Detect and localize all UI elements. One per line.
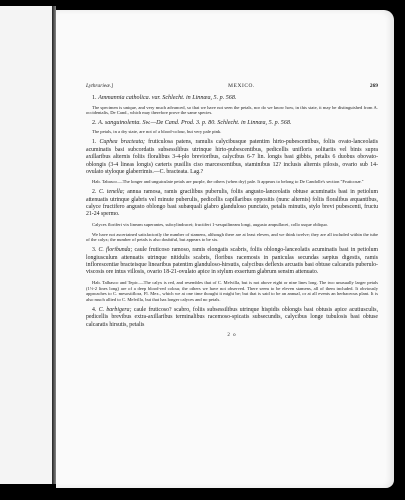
page-number: 269 (370, 83, 378, 90)
entry-heading: 2. A. sanguinolenta. Sw.—De Cand. Prod. … (92, 120, 378, 127)
species-diagnosis: 1. Cuphea bracteata; fruticulosa patens,… (86, 139, 378, 176)
entry-note: Hab. Tabasco.—The longer and unguiculate… (86, 179, 378, 185)
species-name: Cuphea bracteata; (100, 139, 145, 145)
running-head: Lythrarieæ.] MEXICO. 269 (86, 83, 378, 90)
species-name: C. tenella; (99, 189, 125, 195)
entry-note: The petals, in a dry state, are not of a… (86, 129, 378, 135)
page-title: MEXICO. (228, 83, 255, 90)
section-label: Lythrarieæ.] (86, 83, 113, 90)
entry-heading: 1. Ammannia catholica. var. Schlecht. in… (92, 95, 378, 102)
facing-page-edge (0, 6, 53, 484)
signature-mark: 2 o (86, 332, 378, 339)
species-diagnosis: 4. C. barbigera; caule fruticoso? scabro… (86, 307, 378, 329)
species-name: Ammannia catholica. (98, 95, 150, 101)
species-name: A. sanguinolenta. (98, 120, 141, 126)
species-diagnosis: 2. C. tenella; annua ramosa, ramis graci… (86, 189, 378, 219)
entry-note: We have not ascertained satisfactorily t… (86, 232, 378, 244)
species-diagnosis: 3. C. floribunda; caule fruticoso ramoso… (86, 247, 378, 277)
entry-note: Hab. Talbasco and Tepic.—The calyx is re… (86, 280, 378, 303)
entry-note: The specimen is unique, and very much ad… (86, 105, 378, 117)
species-name: C. floribunda; (99, 247, 133, 253)
page-text: Lythrarieæ.] MEXICO. 269 1. Ammannia cat… (86, 83, 378, 339)
entry-note: Calyces floriferi vix lineam superantes,… (86, 222, 378, 228)
species-name: C. barbigera; (99, 307, 132, 313)
